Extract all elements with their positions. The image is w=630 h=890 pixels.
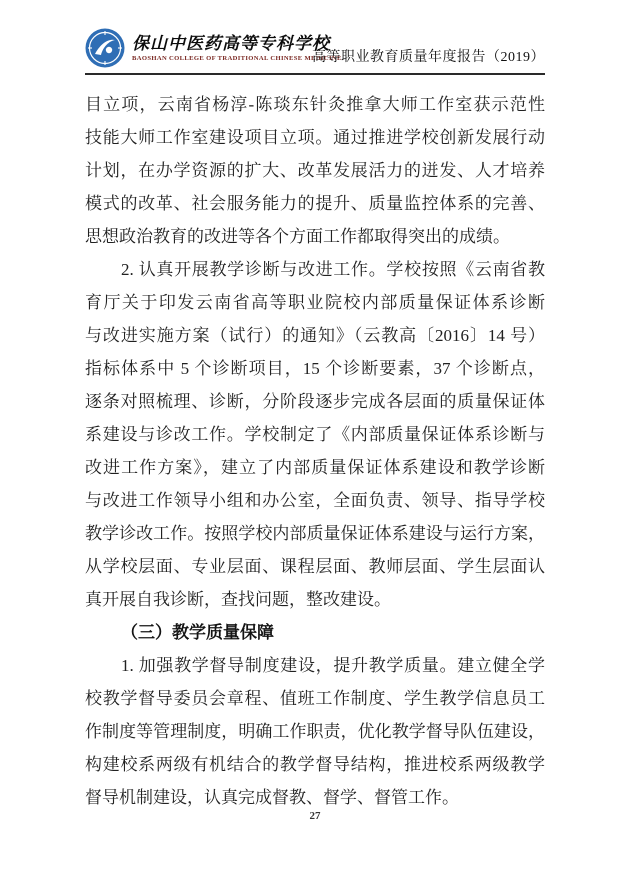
text-line: 技能大师工作室建设项目立项。通过推进学校创新发展行动: [85, 121, 545, 154]
school-name-chinese: 保山中医药高等专科学校: [132, 34, 342, 54]
text-line: 指标体系中 5 个诊断项目，15 个诊断要素，37 个诊断点，: [85, 352, 545, 385]
text-line: 逐条对照梳理、诊断，分阶段逐步完成各层面的质量保证体: [85, 385, 545, 418]
document-page: 保山中医药高等专科学校 BAOSHAN COLLEGE OF TRADITION…: [0, 0, 630, 890]
text-line: 作制度等管理制度，明确工作职责，优化教学督导队伍建设，: [85, 715, 545, 748]
page-number: 27: [0, 810, 630, 822]
section-heading: （三）教学质量保障: [85, 616, 545, 649]
text-line: 构建校系两级有机结合的教学督导结构，推进校系两级教学: [85, 748, 545, 781]
text-line: 1. 加强教学督导制度建设，提升教学质量。建立健全学: [85, 649, 545, 682]
text-line: 2. 认真开展教学诊断与改进工作。学校按照《云南省教: [85, 253, 545, 286]
school-logo-icon: [85, 28, 125, 68]
text-line: 思想政治教育的改进等各个方面工作都取得突出的成绩。: [85, 220, 545, 253]
report-title: 高等职业教育质量年度报告（2019）: [312, 46, 545, 66]
document-body: 目立项，云南省杨淳-陈琰东针灸推拿大师工作室获示范性 技能大师工作室建设项目立项…: [85, 88, 545, 814]
school-name-english: BAOSHAN COLLEGE OF TRADITIONAL CHINESE M…: [132, 54, 342, 63]
school-name-block: 保山中医药高等专科学校 BAOSHAN COLLEGE OF TRADITION…: [132, 34, 342, 63]
text-line: 模式的改革、社会服务能力的提升、质量监控体系的完善、: [85, 187, 545, 220]
text-line: 教学诊改工作。按照学校内部质量保证体系建设与运行方案，: [85, 517, 545, 550]
text-line: 育厅关于印发云南省高等职业院校内部质量保证体系诊断: [85, 286, 545, 319]
text-line: 系建设与诊改工作。学校制定了《内部质量保证体系诊断与: [85, 418, 545, 451]
text-line: 与改进实施方案（试行）的通知》（云教高〔2016〕14 号）: [85, 319, 545, 352]
text-line: 与改进工作领导小组和办公室，全面负责、领导、指导学校: [85, 484, 545, 517]
page-header: 保山中医药高等专科学校 BAOSHAN COLLEGE OF TRADITION…: [85, 26, 545, 75]
text-line: 真开展自我诊断，查找问题，整改建设。: [85, 583, 545, 616]
school-brand: 保山中医药高等专科学校 BAOSHAN COLLEGE OF TRADITION…: [85, 28, 342, 68]
text-line: 目立项，云南省杨淳-陈琰东针灸推拿大师工作室获示范性: [85, 88, 545, 121]
text-line: 改进工作方案》，建立了内部质量保证体系建设和教学诊断: [85, 451, 545, 484]
text-line: 校教学督导委员会章程、值班工作制度、学生教学信息员工: [85, 682, 545, 715]
text-line: 计划，在办学资源的扩大、改革发展活力的迸发、人才培养: [85, 154, 545, 187]
text-line: 从学校层面、专业层面、课程层面、教师层面、学生层面认: [85, 550, 545, 583]
